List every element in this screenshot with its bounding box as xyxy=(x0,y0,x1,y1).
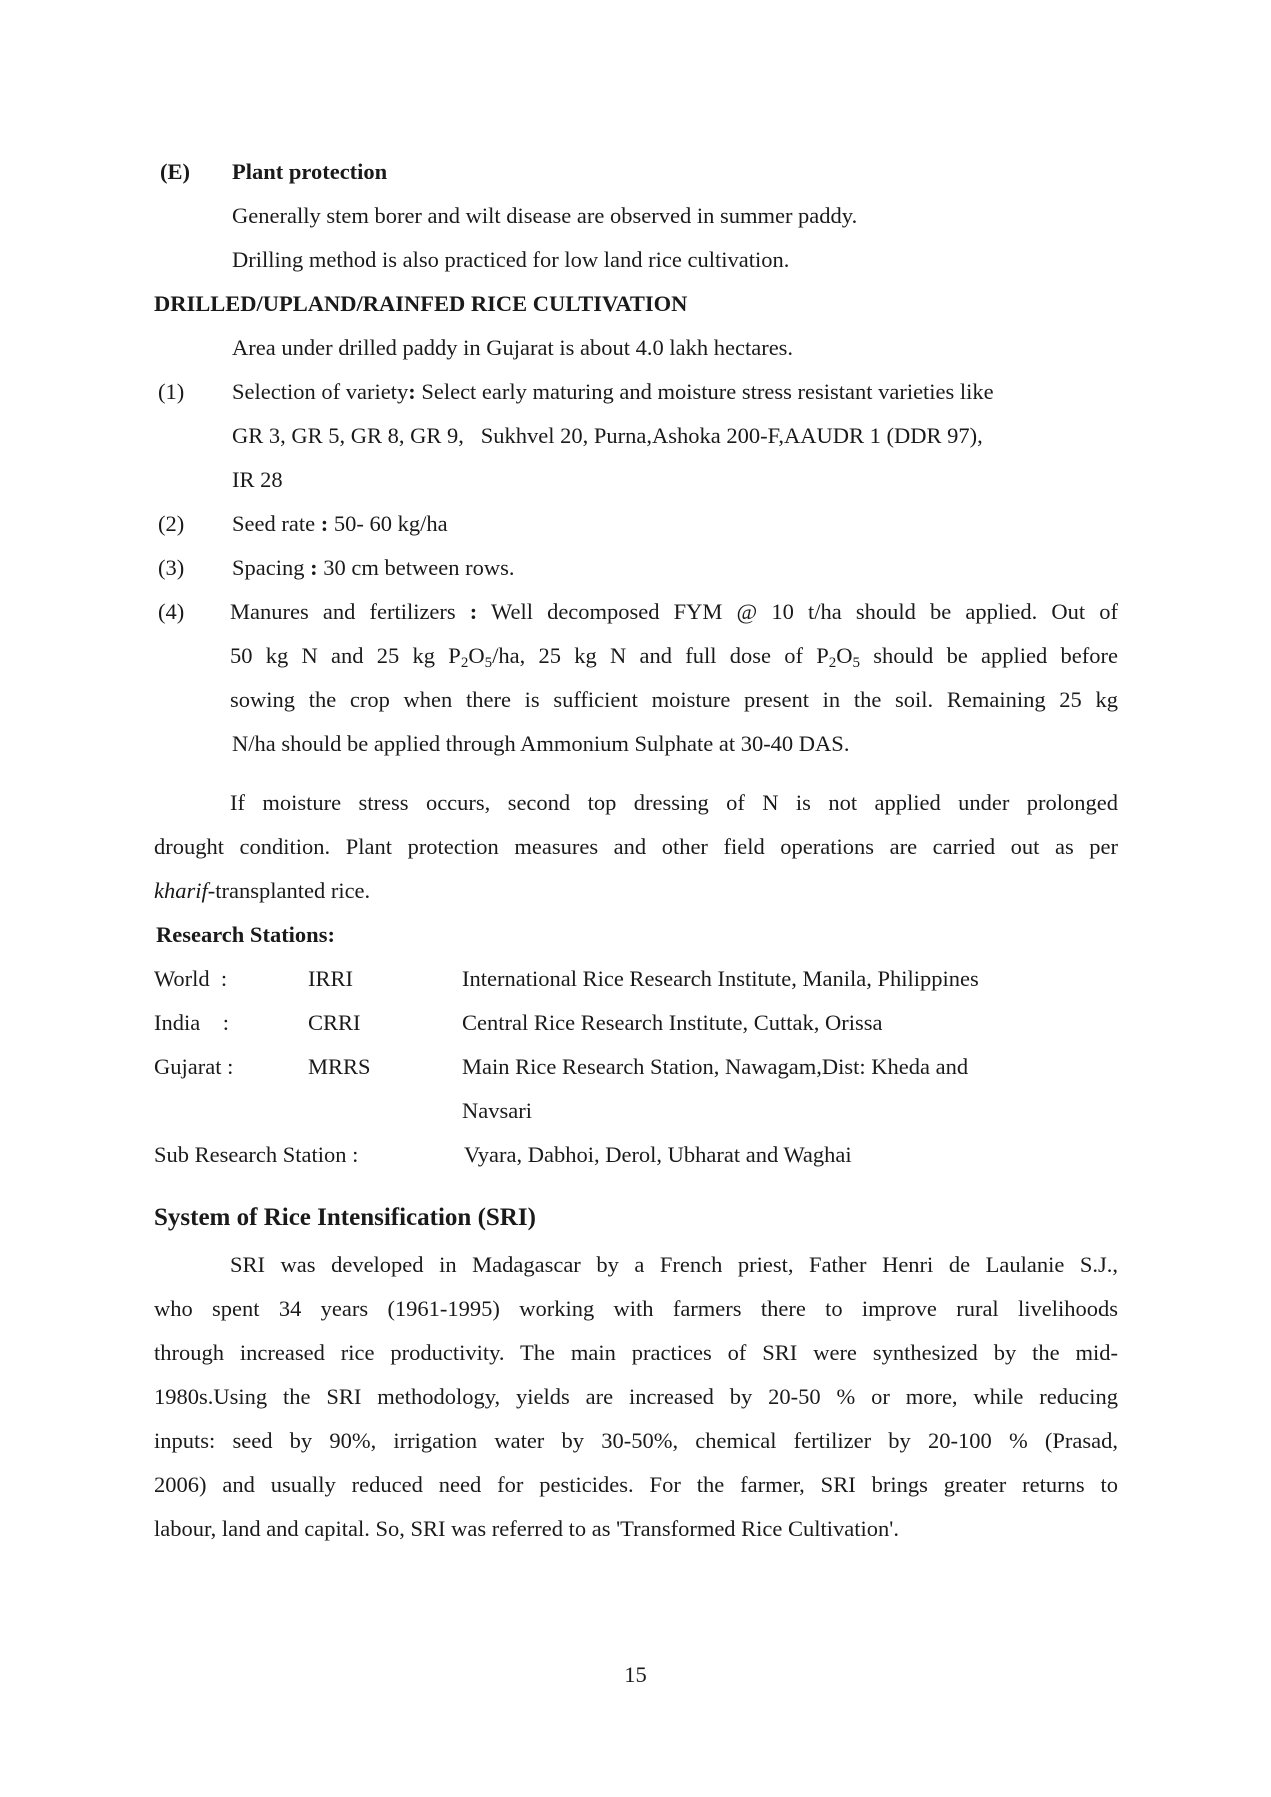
subscript: 5 xyxy=(853,655,861,671)
text-run: -transplanted rice. xyxy=(208,878,370,903)
item-number: (1) xyxy=(158,381,184,404)
item-1-varieties-cont: IR 28 xyxy=(232,469,283,492)
item-text: 50- 60 kg/ha xyxy=(328,511,447,536)
station-level: Gujarat : xyxy=(154,1056,233,1079)
item-number: (4) xyxy=(158,601,184,624)
item-1-varieties: GR 3, GR 5, GR 8, GR 9, Sukhvel 20, Purn… xyxy=(232,425,983,448)
moisture-para-line: kharif-transplanted rice. xyxy=(154,880,370,903)
item-label: Seed rate xyxy=(232,511,321,536)
section-e-marker: (E) xyxy=(160,161,190,184)
item-4-line: Manures and fertilizers : Well decompose… xyxy=(230,601,1118,624)
item-label: Spacing xyxy=(232,555,310,580)
item-text: Well decomposed FYM @ 10 t/ha should be … xyxy=(477,599,1118,624)
station-abbr: IRRI xyxy=(308,968,353,991)
item-text: Select early maturing and moisture stres… xyxy=(416,379,994,404)
item-4-line: 50 kg N and 25 kg P2O5/ha, 25 kg N and f… xyxy=(230,645,1118,668)
research-heading: Research Stations: xyxy=(156,924,335,947)
item-number: (3) xyxy=(158,557,184,580)
item-label: Selection of variety xyxy=(232,379,408,404)
item-1-line: Selection of variety: Select early matur… xyxy=(232,381,994,404)
sri-line: 1980s.Using the SRI methodology, yields … xyxy=(154,1386,1118,1409)
sri-line: labour, land and capital. So, SRI was re… xyxy=(154,1518,899,1541)
item-number: (2) xyxy=(158,513,184,536)
text-run: O xyxy=(468,643,484,668)
moisture-para-line: drought condition. Plant protection meas… xyxy=(154,836,1118,859)
text-run: /ha, 25 kg N and full dose of P xyxy=(492,643,829,668)
item-4-line: sowing the crop when there is sufficient… xyxy=(230,689,1118,712)
sub-station-value: Vyara, Dabhoi, Derol, Ubharat and Waghai xyxy=(464,1144,852,1167)
text-run: 50 kg N and 25 kg P xyxy=(230,643,461,668)
station-name: International Rice Research Institute, M… xyxy=(462,968,979,991)
section-e-title: Plant protection xyxy=(232,161,387,184)
subscript: 5 xyxy=(485,655,493,671)
drilled-intro: Area under drilled paddy in Gujarat is a… xyxy=(232,337,793,360)
section-e-line: Drilling method is also practiced for lo… xyxy=(232,249,789,272)
item-label: Manures and fertilizers xyxy=(230,599,470,624)
sri-heading: System of Rice Intensification (SRI) xyxy=(154,1205,536,1230)
section-e-line: Generally stem borer and wilt disease ar… xyxy=(232,205,857,228)
sri-line: who spent 34 years (1961-1995) working w… xyxy=(154,1298,1118,1321)
item-text: 30 cm between rows. xyxy=(318,555,515,580)
text-run: should be applied before xyxy=(860,643,1118,668)
item-colon: : xyxy=(310,555,318,580)
sri-line: inputs: seed by 90%, irrigation water by… xyxy=(154,1430,1118,1453)
sri-line: 2006) and usually reduced need for pesti… xyxy=(154,1474,1118,1497)
station-abbr: MRRS xyxy=(308,1056,371,1079)
station-level: India : xyxy=(154,1012,229,1035)
station-abbr: CRRI xyxy=(308,1012,361,1035)
item-3-line: Spacing : 30 cm between rows. xyxy=(232,557,514,580)
page-number: 15 xyxy=(0,1664,1271,1687)
station-name: Main Rice Research Station, Nawagam,Dist… xyxy=(462,1056,968,1079)
sri-line: through increased rice productivity. The… xyxy=(154,1342,1118,1365)
item-2-line: Seed rate : 50- 60 kg/ha xyxy=(232,513,448,536)
sri-line: SRI was developed in Madagascar by a Fre… xyxy=(230,1254,1118,1277)
item-4-line: N/ha should be applied through Ammonium … xyxy=(232,733,849,756)
sub-station-label: Sub Research Station : xyxy=(154,1144,358,1167)
station-name: Central Rice Research Institute, Cuttak,… xyxy=(462,1012,883,1035)
moisture-para-line: If moisture stress occurs, second top dr… xyxy=(230,792,1118,815)
italic-term: kharif xyxy=(154,878,208,903)
drilled-heading: DRILLED/UPLAND/RAINFED RICE CULTIVATION xyxy=(154,293,687,316)
station-level: World : xyxy=(154,968,227,991)
station-name-cont: Navsari xyxy=(462,1100,532,1123)
text-run: O xyxy=(836,643,852,668)
item-colon: : xyxy=(408,379,416,404)
